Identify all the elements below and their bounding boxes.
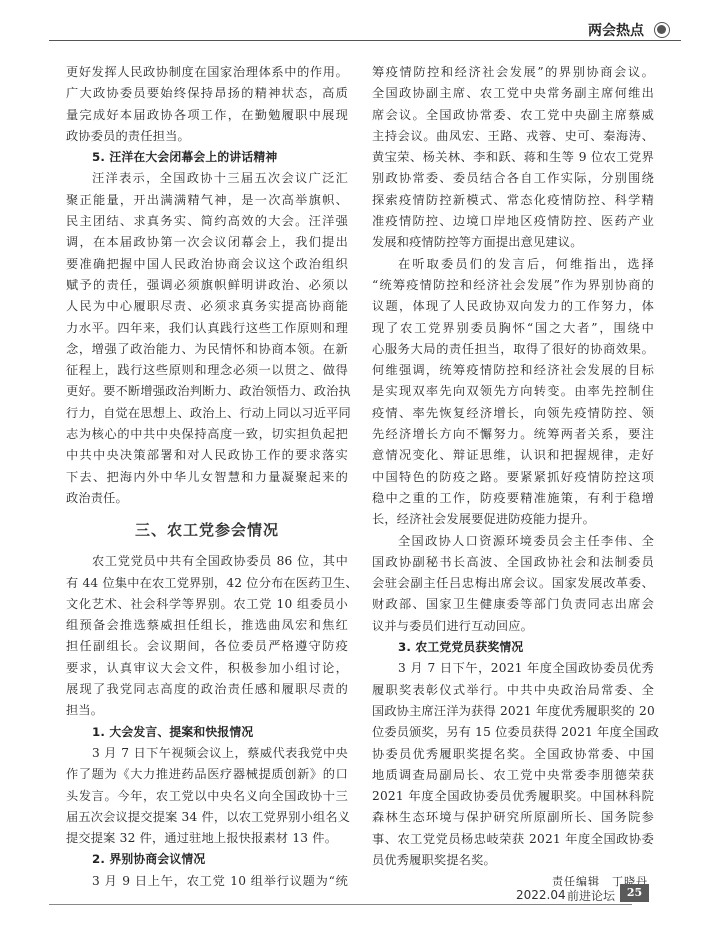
text-line: 要准确把握中国人民政治协商会议这个政治组织 — [66, 254, 348, 275]
text-line: 文化艺术、社会科学等界别。农工党 10 组委员小 — [66, 594, 348, 615]
text-line: 作了题为《大力推进药品医疗器械提质创新》的口 — [66, 764, 348, 785]
footer-divider — [49, 904, 632, 905]
text-line: 森林生态环境与保护研究所原副所长、国务院参 — [372, 807, 654, 828]
text-line: 有 44 位集中在农工党界别，42 位分布在医药卫生、 — [66, 573, 348, 594]
text-line: 中国特色的防疫之路。要紧紧抓好疫情防控这项 — [372, 467, 654, 488]
text-line: 届五次会议提交提案 34 件，以农工党界别小组名义 — [66, 807, 348, 828]
subheading-5: 5. 汪洋在大会闭幕会上的讲话精神 — [66, 147, 348, 168]
text-line: 是实现双率先向双领先方向转变。由率先控制住 — [372, 381, 654, 402]
text-line: 议并与委员们进行互动回应。 — [372, 616, 654, 637]
text-line: 组预备会推选蔡威担任组长，推选曲凤宏和焦红 — [66, 615, 348, 636]
text-line: 稳中之重的工作，防疫要精准施策，有利于稳增 — [372, 488, 654, 509]
text-line: 疫情、率先恢复经济增长，向领先疫情防控、领 — [372, 403, 654, 424]
text-line: 发展和疫情防控等方面提出意见建议。 — [372, 232, 654, 253]
text-line: 更好。要不断增强政治判断力、政治领悟力、政治执 — [66, 381, 348, 402]
text-line: 农工党党员中共有全国政协委员 86 位，其中 — [66, 551, 348, 572]
text-line: 汪洋表示，全国政协十三届五次会议广泛汇 — [66, 168, 348, 189]
text-line: 量完成好本届政协各项工作，在勤勉履职中展现 — [66, 105, 348, 126]
page-number: 25 — [620, 884, 649, 902]
text-line: 主持会议。曲凤宏、王路、戎蓉、史可、秦海涛、 — [372, 126, 654, 147]
text-line: 席会议。全国政协常委、农工党中央副主席蔡威 — [372, 105, 654, 126]
text-line: 现了农工党界别委员胸怀“国之大者”，围绕中 — [372, 318, 654, 339]
subheading-2: 2. 界别协商会议情况 — [66, 849, 348, 870]
left-column: 更好发挥人民政协制度在国家治理体系中的作用。 广大政协委员要始终保持昂扬的精神状… — [66, 62, 348, 892]
header-divider — [49, 40, 681, 41]
text-line: 担任副组长。会议期间，各位委员严格遵守防疫 — [66, 636, 348, 657]
text-line: 赋予的责任，强调必须旗帜鲜明讲政治、必须以 — [66, 275, 348, 296]
text-line: 筹疫情防控和经济社会发展”的界别协商会议。 — [372, 62, 654, 83]
text-line: 意情况变化、辩证思维，认识和把握规律，走好 — [372, 445, 654, 466]
text-line: 力水平。四年来，我们认真践行这些工作原则和理 — [66, 318, 348, 339]
magazine-name: 前进论坛 — [567, 887, 615, 904]
text-line: 事、农工党党员杨忠岐荣获 2021 年度全国政协委 — [372, 829, 654, 850]
text-line: 行力，自觉在思想上、政治上、行动上同以习近平同 — [66, 403, 348, 424]
text-line: 更好发挥人民政协制度在国家治理体系中的作用。 — [66, 62, 348, 83]
text-line: 政治责任。 — [66, 488, 348, 509]
text-line: 展现了我党同志高度的政治责任感和履职尽责的 — [66, 679, 348, 700]
text-line: 征程上，践行这些原则和理念必须一以贯之、做得 — [66, 360, 348, 381]
text-line: 志为核心的中共中央保持高度一致，切实担负起把 — [66, 424, 348, 445]
text-line: 会驻会副主任吕忠梅出席会议。国家发展改革委、 — [372, 573, 654, 594]
text-line: 广大政协委员要始终保持昂扬的精神状态，高质 — [66, 83, 348, 104]
text-line: 地质调查局副局长、农工党中央常委李朋德荣获 — [372, 765, 654, 786]
text-line: 准疫情防控、边境口岸地区疫情防控、医药产业 — [372, 211, 654, 232]
text-line: 探索疫情防控新模式、常态化疫情防控、科学精 — [372, 190, 654, 211]
text-line: 国政协主席汪洋为获得 2021 年度优秀履职奖的 20 — [372, 701, 654, 722]
text-line: 担当。 — [66, 700, 348, 721]
subheading-3: 3. 农工党党员获奖情况 — [372, 637, 654, 658]
section-heading: 三、农工党参会情况 — [66, 509, 348, 551]
text-line: 员优秀履职奖提名奖。 — [372, 850, 654, 871]
text-line: 协委员优秀履职奖提名奖。全国政协常委、中国 — [372, 744, 654, 765]
text-line: 在听取委员们的发言后，何维指出，选择 — [372, 254, 654, 275]
text-line: 聚正能量，开出满满精气神，是一次高举旗帜、 — [66, 190, 348, 211]
text-line: 心服务大局的责任担当，取得了很好的协商效果。 — [372, 339, 654, 360]
text-line: 先经济增长方向不懈努力。统筹两者关系，要注 — [372, 424, 654, 445]
issue-date: 2022.04 — [516, 888, 566, 902]
text-line: 念，增强了政治能力、为民情怀和协商本领。在新 — [66, 339, 348, 360]
text-line: 何维强调，统筹疫情防控和经济社会发展的目标 — [372, 360, 654, 381]
text-line: 下去、把海内外中华儿女智慧和力量凝聚起来的 — [66, 467, 348, 488]
text-line: 民主团结、求真务实、简约高效的大会。汪洋强 — [66, 211, 348, 232]
text-line: 议题，体现了人民政协双向发力的工作努力，体 — [372, 296, 654, 317]
text-line: 别政协常委、委员结合各自工作实际，分别围绕 — [372, 168, 654, 189]
text-line: 长，经济社会发展要促进防疫能力提升。 — [372, 509, 654, 530]
text-line: 全国政协副主席、农工党中央常务副主席何维出 — [372, 83, 654, 104]
text-line: 国政协副秘书长高波、全国政协社会和法制委员 — [372, 552, 654, 573]
subheading-1: 1. 大会发言、提案和快报情况 — [66, 722, 348, 743]
text-line: 政协委员的责任担当。 — [66, 126, 348, 147]
text-line: 中共中央决策部署和对人民政协工作的要求落实 — [66, 445, 348, 466]
text-line: “统筹疫情防控和经济社会发展”作为界别协商的 — [372, 275, 654, 296]
right-column: 筹疫情防控和经济社会发展”的界别协商会议。 全国政协副主席、农工党中央常务副主席… — [372, 62, 654, 893]
text-line: 履职奖表彰仪式举行。中共中央政治局常委、全 — [372, 680, 654, 701]
text-line: 2021 年度全国政协委员优秀履职奖。中国林科院 — [372, 786, 654, 807]
text-line: 3 月 9 日上午，农工党 10 组举行议题为“统 — [66, 871, 348, 892]
text-line: 人民为中心履职尽责、必须求真务实提高协商能 — [66, 296, 348, 317]
text-line: 要求，认真审议大会文件，积极参加小组讨论， — [66, 658, 348, 679]
text-line: 财政部、国家卫生健康委等部门负责同志出席会 — [372, 594, 654, 615]
text-line: 调，在本届政协第一次会议闭幕会上，我们提出 — [66, 232, 348, 253]
section-title: 两会热点 — [588, 20, 644, 40]
text-line: 头发言。今年，农工党以中央名义向全国政协十三 — [66, 786, 348, 807]
text-line: 黄宝荣、杨关林、李和跃、蒋和生等 9 位农工党界 — [372, 147, 654, 168]
text-line: 3 月 7 日下午，2021 年度全国政协委员优秀 — [372, 658, 654, 679]
text-line: 3 月 7 日下午视频会议上，蔡威代表我党中央 — [66, 743, 348, 764]
back-arrow-circle-icon — [654, 22, 670, 38]
text-line: 全国政协人口资源环境委员会主任李伟、全 — [372, 531, 654, 552]
text-line: 提交提案 32 件，通过驻地上报快报素材 13 件。 — [66, 828, 348, 849]
text-line: 位委员颁奖，另有 15 位委员获得 2021 年度全国政 — [372, 722, 654, 743]
